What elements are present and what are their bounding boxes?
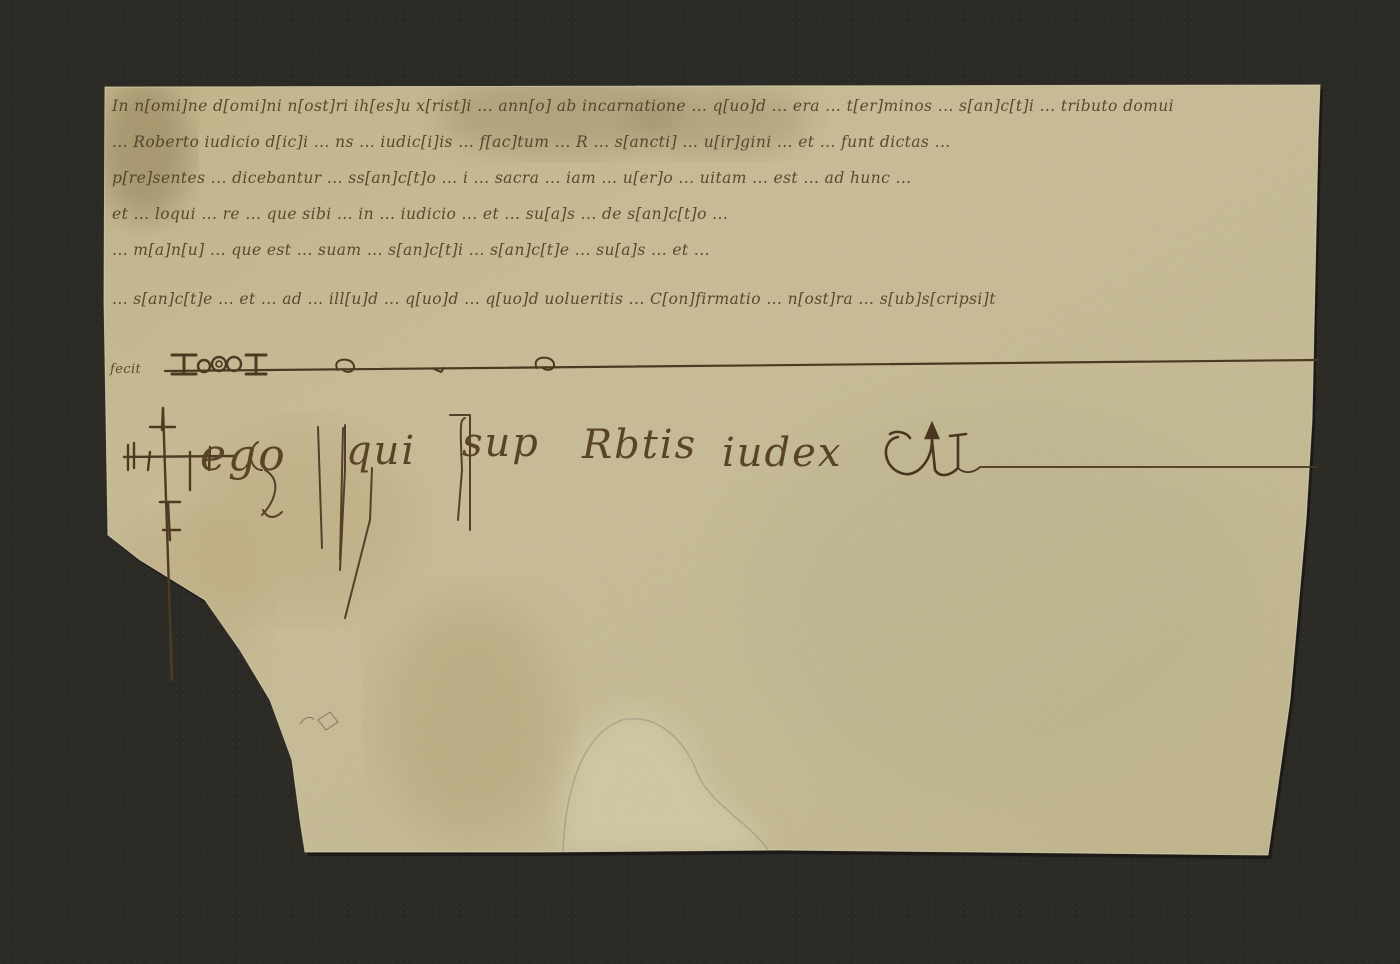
text-line-3: p[re]sentes ... dicebantur ... ss[an]c[t…	[112, 169, 912, 187]
text-line-2: ... Roberto iudicio d[ic]i ... ns ... iu…	[112, 133, 951, 151]
signature-word-sup: sup	[462, 420, 540, 466]
photograph-stage: In n[omi]ne d[omi]ni n[ost]ri ih[es]u x[…	[0, 0, 1400, 964]
signature-word-qui: qui	[346, 428, 416, 474]
text-line-4: et ... loqui ... re ... que sibi ... in …	[112, 205, 728, 223]
text-line-5: ... m[a]n[u] ... que est ... suam ... s[…	[112, 241, 710, 259]
text-line-final: fecit	[110, 362, 141, 377]
signature-word-ego: ego	[200, 430, 287, 481]
text-line-6: ... s[an]c[t]e ... et ... ad ... ill[u]d…	[112, 290, 996, 308]
signature-word-iudex: iudex	[722, 430, 842, 476]
signature-word-robertus: Rbtis	[582, 422, 697, 468]
text-line-1: In n[omi]ne d[omi]ni n[ost]ri ih[es]u x[…	[112, 97, 1307, 115]
